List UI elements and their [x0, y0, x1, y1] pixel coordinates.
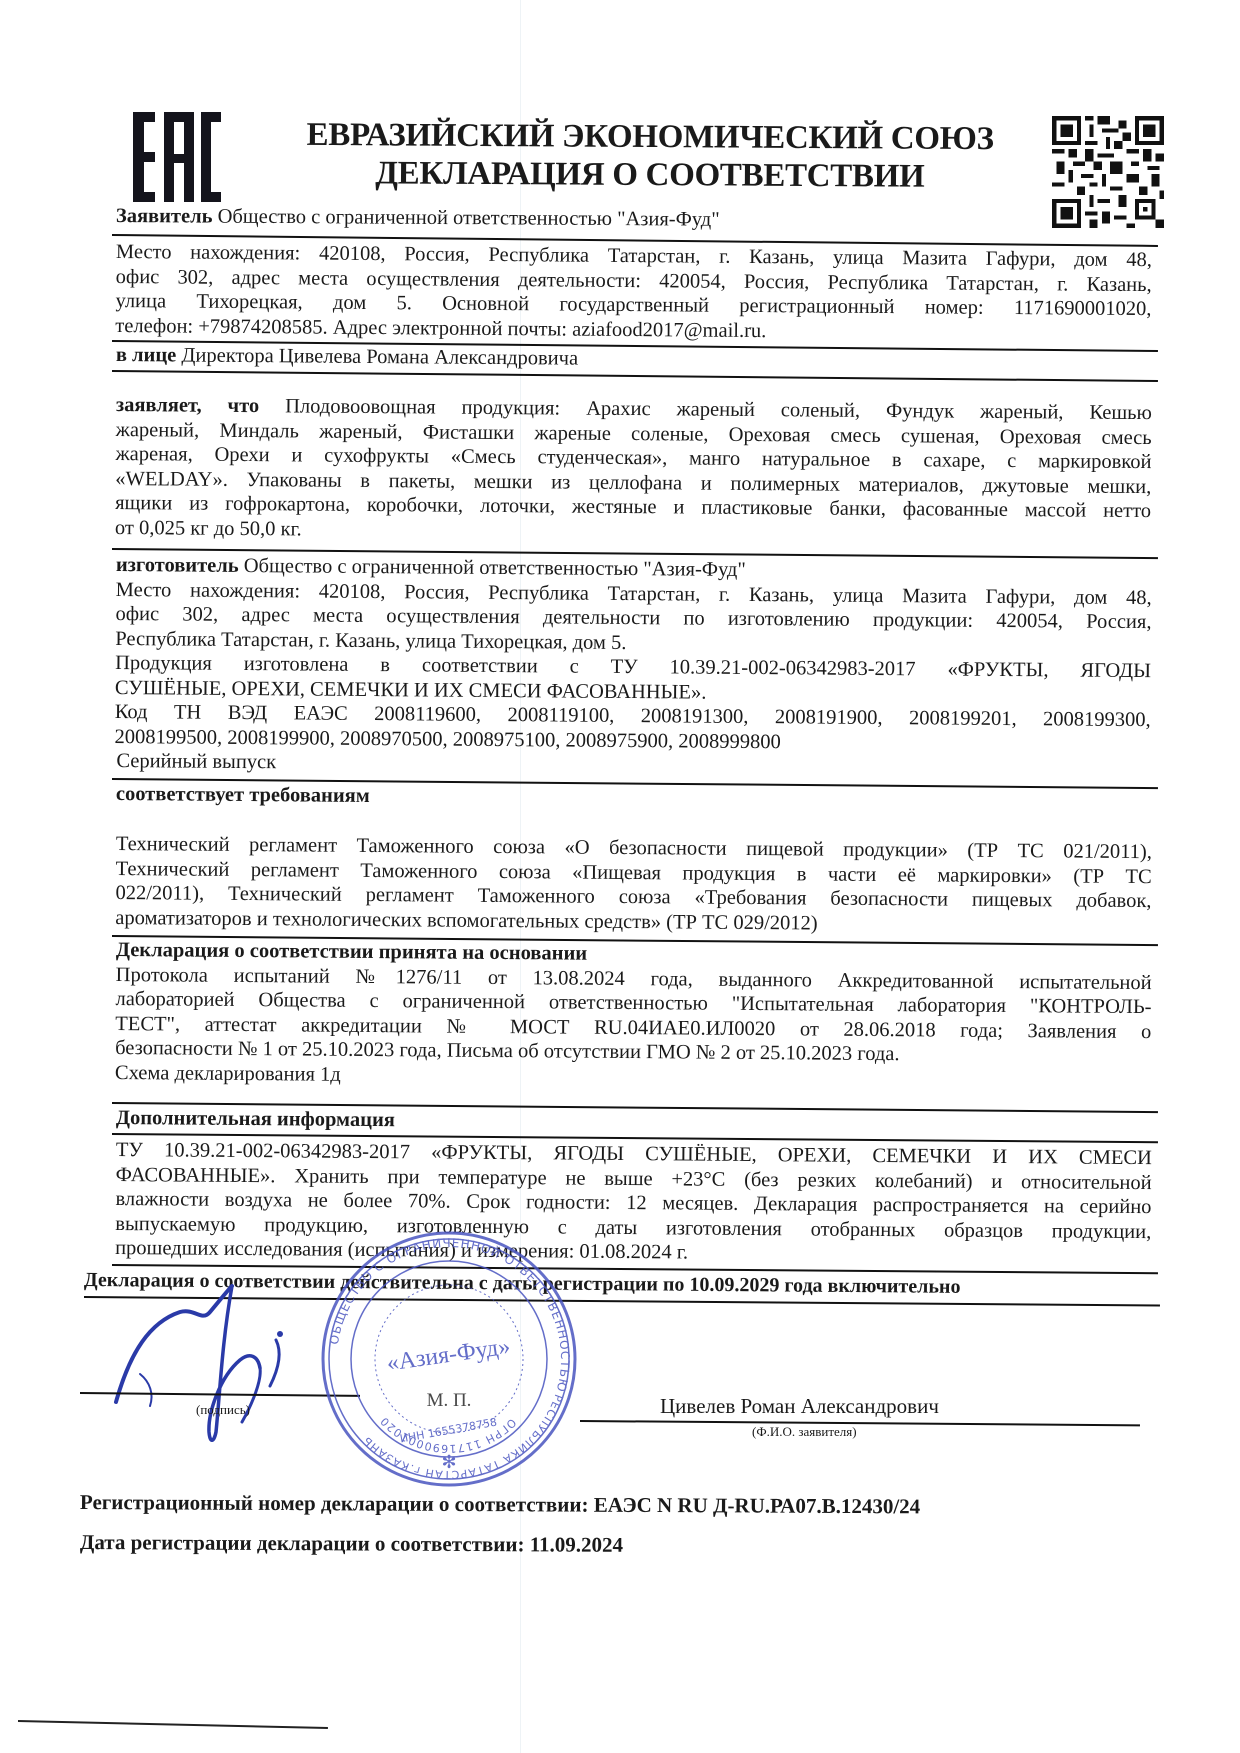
stamp-ring-text: ОБЩЕСТВО С ОГРАНИЧЕННОЙ ОТВЕТСТВЕННОСТЬЮ [327, 1236, 572, 1394]
manufacturer-name: Общество с ограниченной ответственностью… [244, 555, 746, 581]
applicant-address: Место нахождения: 420108, Россия, Респуб… [115, 240, 1152, 346]
additional-text: ТУ 10.39.21-002-06342983-2017 «ФРУКТЫ, Я… [115, 1138, 1152, 1269]
signature-mark [110, 1282, 350, 1452]
manufacturer-label: изготовитель [116, 554, 239, 577]
representative-label: в лице [116, 344, 177, 366]
stamp-mp: М. П. [427, 1390, 472, 1411]
registration-number-line: Регистрационный номер декларации о соотв… [80, 1490, 920, 1519]
requirements-text: Технический регламент Таможенного союза … [115, 832, 1152, 938]
svg-text:ОБЩЕСТВО С ОГРАНИЧЕННОЙ ОТВЕТС: ОБЩЕСТВО С ОГРАНИЧЕННОЙ ОТВЕТСТВЕННОСТЬЮ [327, 1236, 572, 1394]
applicant-label: Заявитель [116, 205, 213, 228]
applicant-full-name: Цивелев Роман Александрович [660, 1394, 939, 1419]
eac-mark-icon [133, 112, 221, 202]
declares-label: заявляет, что [116, 394, 259, 417]
registration-date: 11.09.2024 [530, 1532, 623, 1556]
registration-date-label: Дата регистрации декларации о соответств… [80, 1530, 525, 1556]
signature-caption: (подпись) [196, 1402, 250, 1418]
company-stamp: ОБЩЕСТВО С ОГРАНИЧЕННОЙ ОТВЕТСТВЕННОСТЬЮ… [318, 1228, 580, 1490]
footer-line [18, 1720, 328, 1729]
registration-date-line: Дата регистрации декларации о соответств… [80, 1530, 623, 1558]
svg-text:✻: ✻ [441, 1452, 456, 1473]
registration-number: ЕАЭС N RU Д-RU.РА07.В.12430/24 [594, 1493, 921, 1519]
name-line [580, 1420, 1140, 1426]
declaration-page: ЕВРАЗИЙСКИЙ ЭКОНОМИЧЕСКИЙ СОЮЗ ДЕКЛАРАЦИ… [0, 0, 1240, 1753]
applicant-name: Общество с ограниченной ответственностью… [218, 206, 720, 231]
registration-number-label: Регистрационный номер декларации о соотв… [80, 1490, 589, 1517]
title-declaration: ДЕКЛАРАЦИЯ О СООТВЕТСТВИИ [250, 154, 1050, 197]
declares-section: заявляет, что Плодовоовощная продукция: … [115, 393, 1152, 548]
stamp-company-name: «Азия-Фуд» [385, 1334, 512, 1377]
basis-section: Декларация о соответствии принята на осн… [115, 938, 1152, 1093]
representative-name: Директора Цивелева Романа Александровича [181, 345, 578, 370]
document-title: ЕВРАЗИЙСКИЙ ЭКОНОМИЧЕСКИЙ СОЮЗ ДЕКЛАРАЦИ… [250, 116, 1050, 197]
manufacturer-section: изготовитель Общество с ограниченной отв… [114, 553, 1152, 782]
title-union: ЕВРАЗИЙСКИЙ ЭКОНОМИЧЕСКИЙ СОЮЗ [250, 116, 1050, 159]
name-caption: (Ф.И.О. заявителя) [752, 1424, 857, 1440]
applicant-line: Заявитель Общество с ограниченной ответс… [116, 204, 1152, 235]
